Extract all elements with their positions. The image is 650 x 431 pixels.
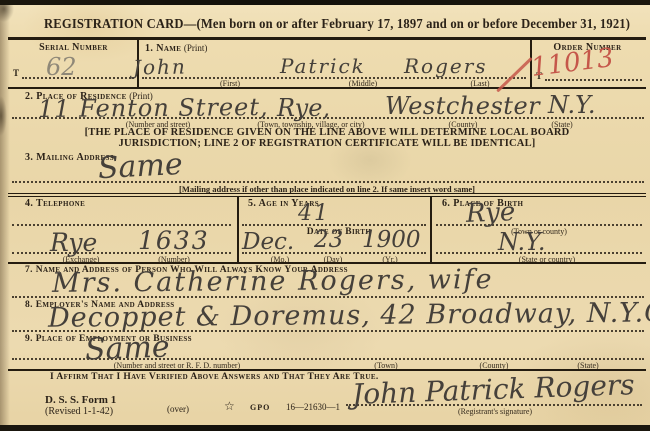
residence-state-caption: (State) bbox=[512, 120, 612, 129]
employment-county-caption: (County) bbox=[454, 361, 534, 370]
name-middle-value: Patrick bbox=[280, 56, 366, 76]
gpo-number: 16—21630—1 bbox=[286, 402, 340, 412]
age-value: 41 bbox=[298, 203, 330, 225]
telephone-number-caption: (Number) bbox=[134, 255, 214, 264]
order-number-value: 11013 bbox=[530, 45, 615, 81]
form-revision: (Revised 1-1-42) bbox=[45, 406, 113, 417]
residence-street-value: 11 Fenton Street, bbox=[38, 95, 269, 121]
signature-caption: (Registrant's signature) bbox=[420, 407, 570, 416]
serial-number-label: Serial Number bbox=[10, 42, 137, 53]
birth-state-value: N.Y. bbox=[498, 230, 545, 254]
title-rule bbox=[8, 37, 646, 40]
serial-prefix: T bbox=[13, 68, 19, 78]
gpo-label: GPO bbox=[250, 403, 270, 412]
telephone-label: 4. Telephone bbox=[25, 198, 85, 209]
residence-state-value: N.Y. bbox=[548, 93, 595, 117]
residence-note-line2: JURISDICTION; LINE 2 OF REGISTRATION CER… bbox=[10, 138, 644, 149]
employment-value: Same bbox=[85, 333, 171, 366]
scan-edge-top bbox=[0, 0, 650, 5]
telephone-exchange-value: Rye bbox=[50, 230, 97, 255]
name-last-value: Rogers bbox=[404, 56, 488, 76]
dob-month-caption: (Mo.) bbox=[250, 255, 310, 264]
over-note: (over) bbox=[167, 404, 189, 414]
birth-state-caption: (State or country) bbox=[477, 255, 617, 264]
residence-county-value: Westchester bbox=[385, 94, 540, 118]
serial-number-value: 62 bbox=[46, 55, 77, 79]
row456-divider-left bbox=[237, 196, 239, 262]
age-dotted-line-1 bbox=[242, 224, 426, 226]
scan-scuff-left bbox=[0, 96, 7, 136]
dob-year-value: 1900 bbox=[362, 229, 421, 252]
birth-town-value: Rye bbox=[466, 199, 516, 227]
registration-card-scan: REGISTRATION CARD—(Men born on or after … bbox=[0, 0, 650, 431]
mailing-address-value: Same bbox=[97, 150, 183, 184]
dob-day-value: 23 bbox=[314, 229, 343, 252]
dob-day-caption: (Day) bbox=[303, 255, 363, 264]
dob-year-caption: (Yr.) bbox=[360, 255, 420, 264]
name-label: 1. Name (Print) bbox=[145, 43, 207, 54]
form-number: D. S. S. Form 1 bbox=[45, 394, 116, 406]
serial-dotted-line bbox=[22, 77, 134, 79]
name-label-text: 1. Name bbox=[145, 43, 181, 54]
row456-divider-right bbox=[430, 196, 432, 262]
name-label-print: (Print) bbox=[184, 43, 208, 53]
residence-county-caption: (County) bbox=[403, 120, 523, 129]
employment-town-caption: (Town) bbox=[346, 361, 426, 370]
scan-edge-bottom bbox=[0, 425, 650, 431]
scan-edge-left bbox=[0, 0, 10, 431]
telephone-number-value: 1633 bbox=[138, 228, 210, 253]
name-middle-caption: (Middle) bbox=[323, 79, 403, 88]
residence-town-value: Rye, bbox=[277, 96, 330, 120]
dob-month-value: Dec. bbox=[242, 231, 294, 254]
name-first-caption: (First) bbox=[190, 79, 270, 88]
contact-value: Mrs. Catherine Rogers, wife bbox=[52, 266, 494, 297]
section-double-rule bbox=[8, 193, 646, 197]
star-icon: ☆ bbox=[224, 399, 235, 414]
employer-value: Decoppet & Doremus, 42 Broadway, N.Y.C. bbox=[48, 299, 650, 331]
affirmation-text: I Affirm That I Have Verified Above Answ… bbox=[50, 372, 379, 382]
name-first-value: John bbox=[133, 57, 187, 78]
card-title: REGISTRATION CARD—(Men born on or after … bbox=[44, 17, 630, 33]
